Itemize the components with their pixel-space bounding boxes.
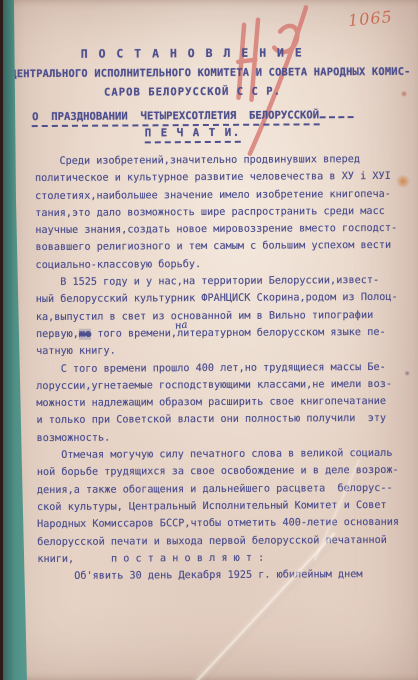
typed-line: можности надлежащим образом расширить св… [36,393,408,413]
handwritten-insertion: на [174,316,188,335]
typed-line: столетиях,наибольшее значение имело изоб… [35,185,407,205]
typed-line: и только при Советской власти они полнос… [36,410,408,430]
typed-segment: первую, [36,329,79,340]
typed-line: Об'явить 30 день Декабря 1925 г. юбилейн… [37,566,409,586]
typed-line: Народных Комиссаров БССР,чтобы отметить … [37,514,409,534]
typed-line: С того времени прошло 400 лет,но трудящи… [36,358,408,378]
typed-underline [319,106,353,118]
typed-line: белорусской печати и выхода первой белор… [37,531,409,551]
typed-line: дения,а также обогащения и дальнейшего р… [37,479,409,499]
typed-line: чатную книгу. [36,341,408,361]
typed-line: научные знания,создать новое мировоззрен… [35,220,407,240]
typed-line: социально-классовую борьбу. [35,255,407,275]
page-content: 1065 П О С Т А Н О В Л Е Н И Е ЦЕНТРАЛЬН… [0,0,418,680]
typed-line: Среди изобретений,значительно продвинувш… [35,151,407,171]
issuing-body-line: САРОВ БЕЛОРУССКОЙ С С Р. [12,85,372,99]
typed-line: вовавшего религиозного и тем самым с бол… [35,237,407,257]
subject-text: П Е Ч А Т И. [145,126,241,144]
typed-segment: литературном белорусском языке пе- [177,327,386,339]
typed-line: ный белорусский культурник ФРАНЦИСК Скор… [36,289,408,309]
subject-line: П Е Ч А Т И. [13,125,373,140]
typed-line: В 1525 году и у нас,на территории Белору… [36,272,408,292]
typed-line: Отмечая могучую силу печатного слова в в… [37,445,409,465]
typed-line: лоруссии,угнетаемые господствующими клас… [36,376,408,396]
ink-stain [404,371,410,376]
typed-line: ской культуры, Центральный Исполнительны… [37,497,409,517]
corrected-line: первую,же того времени,налитературном бе… [36,324,408,344]
typed-line: возможность. [37,428,409,448]
scanned-document-photo: 1065 П О С Т А Н О В Л Е Н И Е ЦЕНТРАЛЬН… [0,0,418,680]
resolution-title: П О С Т А Н О В Л Е Н И Е [12,45,372,61]
typed-line: книги, п о с т а н о в л я ю т : [37,549,409,569]
typed-line: ка,выпустил в свет из основанной им в Ви… [36,306,408,326]
subject-line: О ПРАЗДНОВАНИИ ЧЕТЫРЕХСОТЛЕТИЯ БЕЛОРУССК… [13,106,373,123]
strikethrough-word: же [79,329,91,340]
archival-page-number: 1065 [347,7,393,30]
typed-line: тания,это дало возможность шире распрост… [35,203,407,223]
subject-text: О ПРАЗДНОВАНИИ ЧЕТЫРЕХСОТЛЕТИЯ БЕЛОРУССК… [32,109,319,127]
ink-stain [400,91,407,97]
document-page: 1065 П О С Т А Н О В Л Е Н И Е ЦЕНТРАЛЬН… [0,0,418,680]
typed-body: Среди изобретений,значительно продвинувш… [35,151,410,586]
ink-stain [395,175,411,188]
typed-segment: того времени, [91,328,177,340]
issuing-body-line: ЦЕНТРАЛЬНОГО ИСПОЛНИТЕЛЬНОГО КОМИТЕТА И … [10,66,410,80]
typed-line: политическое и культурное развитие челов… [35,168,407,188]
